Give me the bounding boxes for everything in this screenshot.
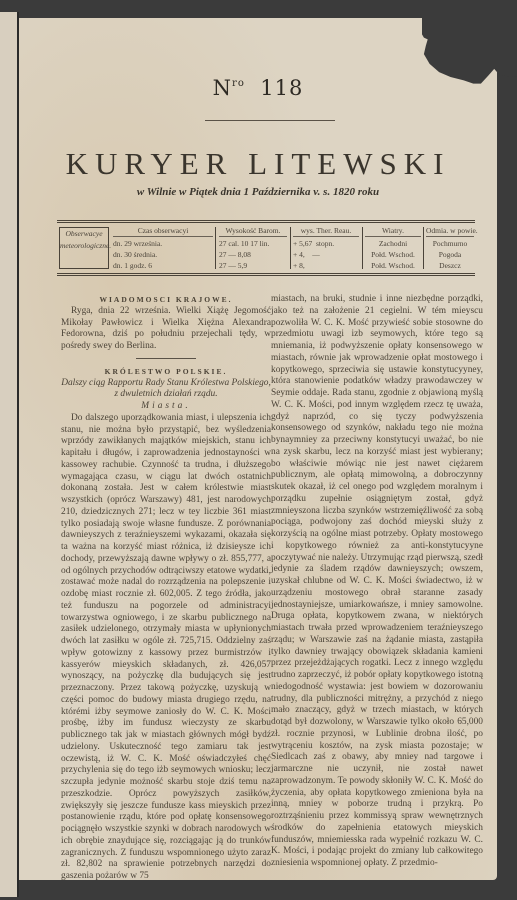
col-time: Czas obserwacyi dn. 29 września. dn. 30 …: [113, 226, 213, 271]
weather-table: Obserwacye meteorologiczne. Czas obserwa…: [57, 220, 475, 276]
divider: [215, 227, 216, 269]
divider: [423, 227, 424, 269]
issue-label: N: [213, 76, 232, 100]
article-cities: Do dalszego uporządkowania miast, i ulep…: [61, 413, 271, 883]
issue-number-value: 118: [260, 76, 303, 100]
article-continuation: miastach, na bruki, studnie i inne niezb…: [271, 294, 483, 870]
col-barometer: Wysokość Barom. 27 cal. 10 17 lin. 27 — …: [219, 226, 287, 271]
col-thermometer: wys. Ther. Reau. + 5,67 stopn. + 4, — + …: [293, 226, 359, 271]
section-heading-cities: Miasta.: [61, 401, 271, 413]
divider: [205, 120, 335, 121]
right-column: miastach, na bruki, studnie i inne niezb…: [271, 294, 483, 870]
left-column: WIADOMOSCI KRAJOWE. Ryga, dnia 22 wrześn…: [61, 294, 271, 883]
article-riga: Ryga, dnia 22 września. Wielki Xiążę Jeg…: [61, 306, 271, 353]
adjacent-page-edge: [0, 12, 19, 897]
section-title-kingdom: KRÓLESTWO POLSKIE.: [61, 366, 271, 378]
newspaper-page: Nro 118 KURYER LITEWSKI w Wilnie w Piąte…: [19, 18, 497, 880]
divider: [290, 227, 291, 269]
col-wind: Wiatry. Zachodni Połd. Wschod. Połd. Wsc…: [365, 226, 421, 271]
issue-sup: ro: [232, 78, 245, 89]
divider: [362, 227, 363, 269]
divider: [136, 358, 196, 359]
masthead-title: KURYER LITEWSKI: [19, 146, 497, 182]
col-sky: Odmia. w powie. Pochmurno Pogoda Deszcz: [426, 226, 474, 271]
section-subtitle: Dalszy ciąg Rapportu Rady Stanu Królestw…: [61, 378, 271, 402]
weather-table-label: Obserwacye meteorologiczne.: [59, 227, 109, 269]
section-title-domestic: WIADOMOSCI KRAJOWE.: [61, 294, 271, 306]
dateline: w Wilnie w Piątek dnia 1 Października v.…: [19, 186, 497, 198]
issue-number: Nro 118: [19, 76, 497, 100]
